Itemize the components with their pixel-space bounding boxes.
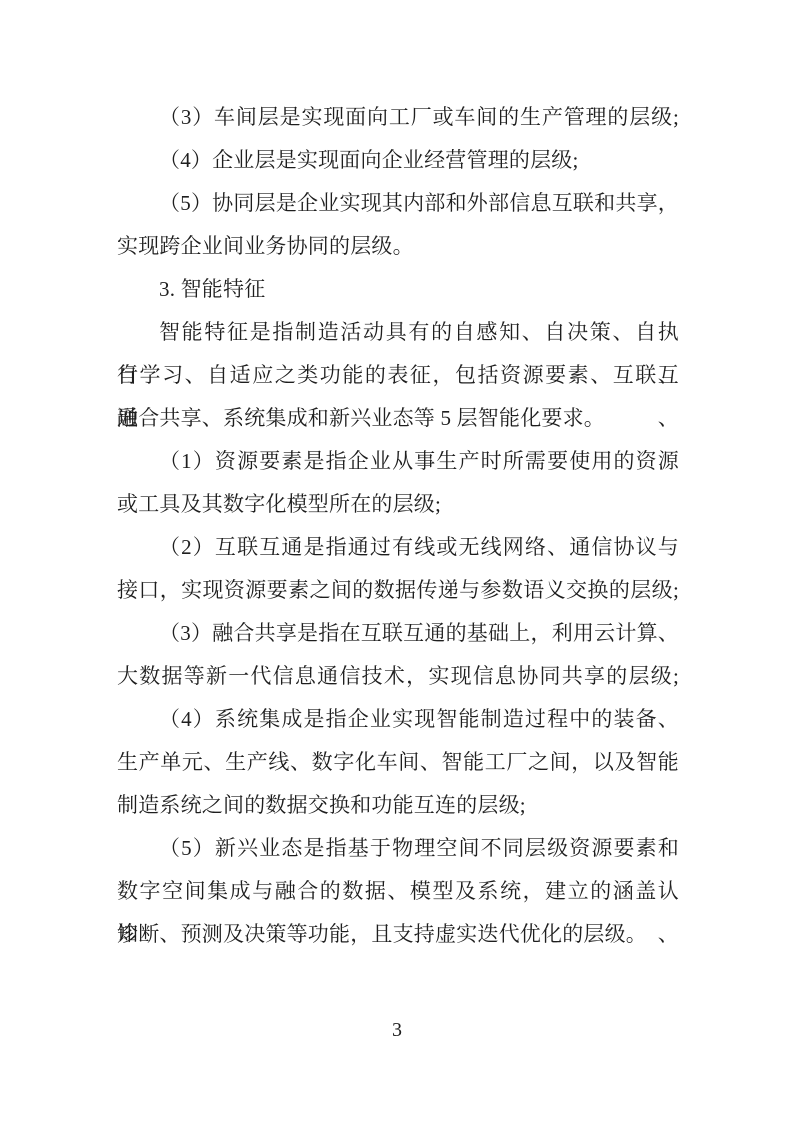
paragraph: （3）融合共享是指在互联互通的基础上，利用云计算、大数据等新一代信息通信技术，实… [117, 612, 679, 698]
paragraph: （2）互联互通是指通过有线或无线网络、通信协议与接口，实现资源要素之间的数据传递… [117, 526, 679, 612]
paragraph: （4）系统集成是指企业实现智能制造过程中的装备、生产单元、生产线、数字化车间、智… [117, 698, 679, 827]
paragraph: （3）车间层是实现面向工厂或车间的生产管理的层级; [117, 96, 679, 139]
paragraph: （5）新兴业态是指基于物理空间不同层级资源要素和数字空间集成与融合的数据、模型及… [117, 827, 679, 956]
text-line: （1）资源要素是指企业从事生产时所需要使用的资源 [117, 440, 679, 483]
text-line: 3. 智能特征 [117, 268, 679, 311]
paragraph: （1）资源要素是指企业从事生产时所需要使用的资源或工具及其数字化模型所在的层级; [117, 440, 679, 526]
text-line: （5）协同层是企业实现其内部和外部信息互联和共享， [117, 182, 679, 225]
paragraph: 3. 智能特征 [117, 268, 679, 311]
document-body: （3）车间层是实现面向工厂或车间的生产管理的层级;（4）企业层是实现面向企业经营… [117, 96, 679, 956]
text-line: （5）新兴业态是指基于物理空间不同层级资源要素和 [117, 827, 679, 870]
paragraph: （4）企业层是实现面向企业经营管理的层级; [117, 139, 679, 182]
text-line: 智能特征是指制造活动具有的自感知、自决策、自执行、 [117, 311, 679, 354]
text-line: （2）互联互通是指通过有线或无线网络、通信协议与 [117, 526, 679, 569]
text-line: 制造系统之间的数据交换和功能互连的层级; [117, 784, 679, 827]
page-footer: 3 [0, 1016, 794, 1044]
text-line: 自学习、自适应之类功能的表征，包括资源要素、互联互通、 [117, 354, 679, 397]
text-line: 诊断、预测及决策等功能，且支持虚实迭代优化的层级。 [117, 913, 679, 956]
document-page: （3）车间层是实现面向工厂或车间的生产管理的层级;（4）企业层是实现面向企业经营… [0, 0, 794, 1123]
text-line: （4）企业层是实现面向企业经营管理的层级; [117, 139, 679, 182]
page-number: 3 [392, 1016, 402, 1044]
text-line: 或工具及其数字化模型所在的层级; [117, 483, 679, 526]
paragraph: 智能特征是指制造活动具有的自感知、自决策、自执行、自学习、自适应之类功能的表征，… [117, 311, 679, 440]
paragraph: （5）协同层是企业实现其内部和外部信息互联和共享，实现跨企业间业务协同的层级。 [117, 182, 679, 268]
text-line: （4）系统集成是指企业实现智能制造过程中的装备、 [117, 698, 679, 741]
text-line: 实现跨企业间业务协同的层级。 [117, 225, 679, 268]
text-line: 数字空间集成与融合的数据、模型及系统，建立的涵盖认知、 [117, 870, 679, 913]
text-line: 大数据等新一代信息通信技术，实现信息协同共享的层级; [117, 655, 679, 698]
text-line: （3）车间层是实现面向工厂或车间的生产管理的层级; [117, 96, 679, 139]
text-line: 接口，实现资源要素之间的数据传递与参数语义交换的层级; [117, 569, 679, 612]
text-line: （3）融合共享是指在互联互通的基础上，利用云计算、 [117, 612, 679, 655]
text-line: 生产单元、生产线、数字化车间、智能工厂之间，以及智能 [117, 741, 679, 784]
text-line: 融合共享、系统集成和新兴业态等 5 层智能化要求。 [117, 397, 679, 440]
